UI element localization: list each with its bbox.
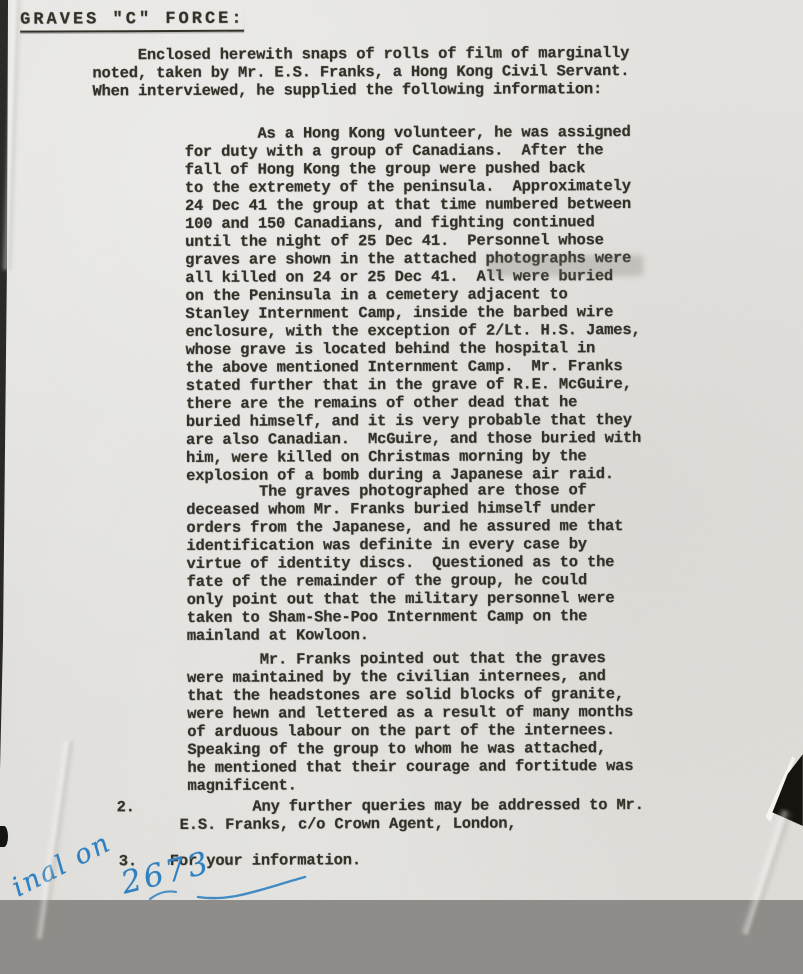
scanned-page: GRAVES "C" FORCE: Enclosed herewith snap…: [0, 0, 803, 900]
paragraph-headstones: Mr. Franks pointed out that the graves w…: [187, 649, 634, 795]
paragraph-assignment: As a Hong Kong volunteer, he was assigne…: [185, 123, 642, 485]
intro-paragraph: Enclosed herewith snaps of rolls of film…: [92, 44, 629, 100]
item-2-number: 2.: [117, 798, 135, 816]
item-2-text: Any further queries may be addressed to …: [180, 796, 644, 834]
typed-content: GRAVES "C" FORCE: Enclosed herewith snap…: [0, 0, 803, 900]
paragraph-graves: The graves photographed are those of dec…: [186, 481, 624, 645]
ink-blot: [0, 826, 8, 847]
document-heading: GRAVES "C" FORCE:: [20, 11, 245, 33]
ink-smudge: [487, 255, 643, 277]
